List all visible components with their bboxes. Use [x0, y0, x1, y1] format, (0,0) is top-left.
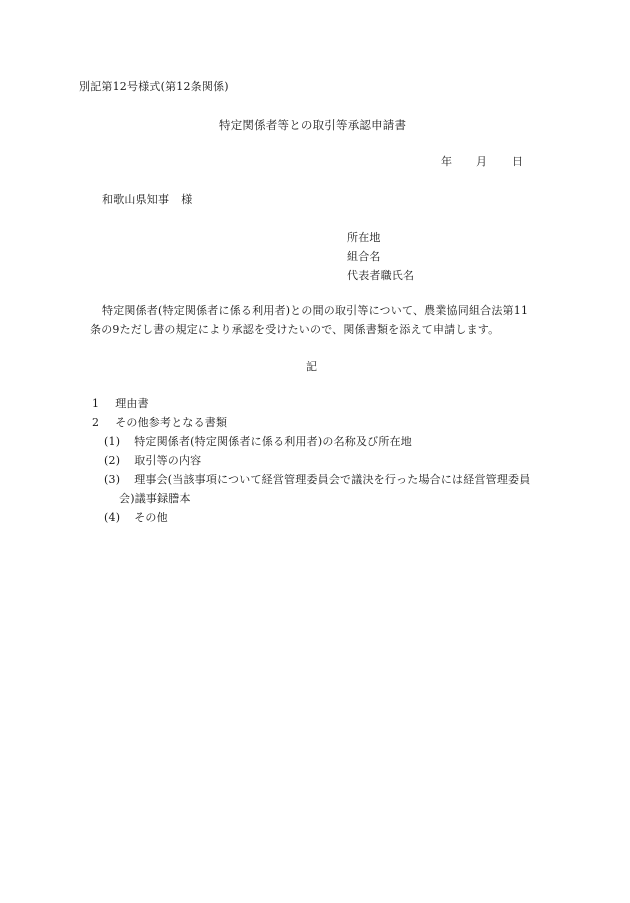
ki-heading: 記	[306, 360, 317, 374]
sub-list-item: (3)理事会(当該事項について経営管理委員会で議決を行った場合には経営管理委員	[104, 473, 530, 487]
sub-item-number: (3)	[104, 473, 120, 487]
item-number: 2	[92, 416, 99, 430]
sub-list-item: (4)その他	[104, 511, 168, 525]
form-id: 別記第12号様式(第12条関係)	[79, 80, 229, 94]
sub-item-continuation: 会)議事録謄本	[119, 492, 191, 506]
list-item: 2その他参考となる書類	[92, 416, 227, 430]
date-year-label: 年	[441, 155, 452, 169]
applicant-representative-label: 代表者職氏名	[347, 269, 414, 283]
sub-item-number: (2)	[104, 454, 120, 468]
applicant-organization-label: 組合名	[347, 250, 381, 264]
sub-item-number: (4)	[104, 511, 120, 525]
sub-item-text: 理事会(当該事項について経営管理委員会で議決を行った場合には経営管理委員	[134, 473, 530, 486]
addressee: 和歌山県知事様	[102, 193, 192, 207]
sub-item-number: (1)	[104, 435, 120, 449]
list-item: 1理由書	[92, 397, 149, 411]
date-month-label: 月	[476, 155, 487, 169]
sub-item-text: その他	[134, 511, 168, 524]
item-text: 理由書	[115, 397, 149, 410]
document-title: 特定関係者等との取引等承認申請書	[219, 118, 406, 132]
addressee-name: 和歌山県知事	[102, 193, 169, 206]
sub-item-text: 取引等の内容	[134, 454, 201, 467]
applicant-location-label: 所在地	[347, 231, 381, 245]
body-text-line-2: 条の9ただし書の規定により承認を受けたいので、関係書類を添えて申請します。	[90, 323, 499, 337]
addressee-honorific: 様	[181, 193, 192, 206]
sub-item-text: 特定関係者(特定関係者に係る利用者)の名称及び所在地	[134, 435, 412, 448]
item-number: 1	[92, 397, 99, 411]
body-text-line-1: 特定関係者(特定関係者に係る利用者)との間の取引等について、農業協同組合法第11	[102, 304, 528, 318]
date-day-label: 日	[512, 155, 523, 169]
item-text: その他参考となる書類	[115, 416, 227, 429]
sub-list-item: (1)特定関係者(特定関係者に係る利用者)の名称及び所在地	[104, 435, 412, 449]
sub-list-item: (2)取引等の内容	[104, 454, 201, 468]
